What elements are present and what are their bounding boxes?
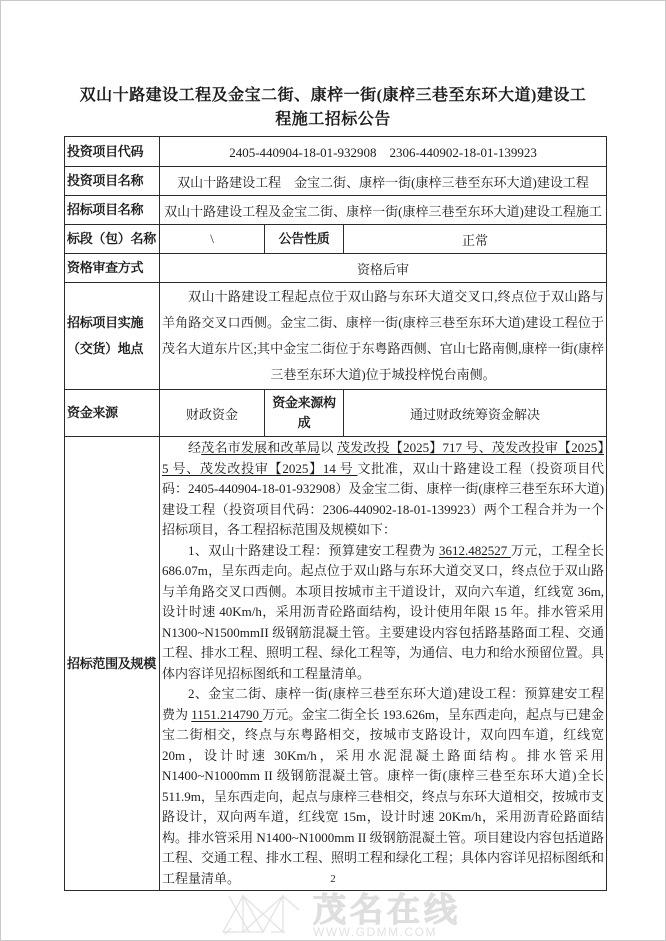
row-label: 招标范围及规模 bbox=[65, 437, 160, 891]
title-line-1: 双山十路建设工程及金宝二街、康梓一街(康梓三巷至东环大道)建设工 bbox=[80, 87, 587, 104]
document-page: 双山十路建设工程及金宝二街、康梓一街(康梓三巷至东环大道)建设工 程施工招标公告… bbox=[0, 0, 666, 941]
watermark-site-url: WWW.GDMM.COM bbox=[313, 925, 437, 939]
row-label: 投资项目代码 bbox=[65, 137, 160, 167]
watermark-text: 茂名在线 WWW.GDMM.COM bbox=[313, 895, 461, 939]
row-label: 资金来源 bbox=[65, 390, 160, 437]
row-investment-code: 投资项目代码 2405-440904-18-01-932908 2306-440… bbox=[65, 137, 607, 167]
row-fund-source: 资金来源 财政资金 资金来源构成 通过财政统筹资金解决 bbox=[65, 390, 607, 437]
row-label: 招标项目实施（交货）地点 bbox=[65, 283, 160, 390]
row-investment-name: 投资项目名称 双山十路建设工程 金宝二街、康梓一街(康梓三巷至东环大道)建设工程 bbox=[65, 167, 607, 196]
row-value: 双山十路建设工程及金宝二街、康梓一街(康梓三巷至东环大道)建设工程施工 bbox=[160, 196, 607, 225]
scope-paragraph: 1、双山十路建设工程：预算建安工程费为 3612.482527 万元，工程全长 … bbox=[162, 541, 604, 685]
row-value: 经茂名市发展和改革局以 茂发改投【2025】717 号、茂发改投审【2025】5… bbox=[160, 437, 607, 891]
row-label: 资格审查方式 bbox=[65, 254, 160, 283]
row-label-fund-composition: 资金来源构成 bbox=[265, 390, 344, 437]
scope-paragraphs: 经茂名市发展和改革局以 茂发改投【2025】717 号、茂发改投审【2025】5… bbox=[162, 438, 604, 889]
row-value-fund-composition: 通过财政统筹资金解决 bbox=[344, 390, 607, 437]
watermark-site-name: 茂名在线 bbox=[313, 895, 461, 925]
row-value: 资格后审 bbox=[160, 254, 607, 283]
row-value: 财政资金 bbox=[160, 390, 265, 437]
row-label: 投资项目名称 bbox=[65, 167, 160, 196]
title-line-2: 程施工招标公告 bbox=[275, 111, 391, 128]
row-label-announcement-nature: 公告性质 bbox=[265, 225, 344, 254]
row-delivery-location: 招标项目实施（交货）地点 双山十路建设工程起点位于双山路与东环大道交叉口,终点位… bbox=[65, 283, 607, 390]
row-tender-project-name: 招标项目名称 双山十路建设工程及金宝二街、康梓一街(康梓三巷至东环大道)建设工程… bbox=[65, 196, 607, 225]
row-section-name: 标段（包）名称 \ 公告性质 正常 bbox=[65, 225, 607, 254]
row-tender-scope: 招标范围及规模 经茂名市发展和改革局以 茂发改投【2025】717 号、茂发改投… bbox=[65, 437, 607, 891]
bid-info-table: 投资项目代码 2405-440904-18-01-932908 2306-440… bbox=[64, 136, 607, 891]
row-value: 双山十路建设工程 金宝二街、康梓一街(康梓三巷至东环大道)建设工程 bbox=[160, 167, 607, 196]
row-value: 双山十路建设工程起点位于双山路与东环大道交叉口,终点位于双山路与羊角路交叉口西侧… bbox=[160, 283, 607, 390]
row-value-announcement-nature: 正常 bbox=[344, 225, 607, 254]
scope-paragraph: 2、金宝二街、康梓一街(康梓三巷至东环大道)建设工程：预算建安工程费为 1151… bbox=[162, 684, 604, 889]
page-number: 2 bbox=[1, 873, 665, 885]
scope-paragraph: 经茂名市发展和改革局以 茂发改投【2025】717 号、茂发改投审【2025】5… bbox=[162, 438, 604, 541]
watermark: 茂名在线 WWW.GDMM.COM bbox=[221, 890, 461, 941]
page-title: 双山十路建设工程及金宝二街、康梓一街(康梓三巷至东环大道)建设工 程施工招标公告 bbox=[31, 84, 635, 132]
row-value: 2405-440904-18-01-932908 2306-440902-18-… bbox=[160, 137, 607, 167]
row-value: \ bbox=[160, 225, 265, 254]
row-qualification-review: 资格审查方式 资格后审 bbox=[65, 254, 607, 283]
watermark-logo-icon bbox=[221, 890, 301, 941]
row-label: 标段（包）名称 bbox=[65, 225, 160, 254]
row-label: 招标项目名称 bbox=[65, 196, 160, 225]
